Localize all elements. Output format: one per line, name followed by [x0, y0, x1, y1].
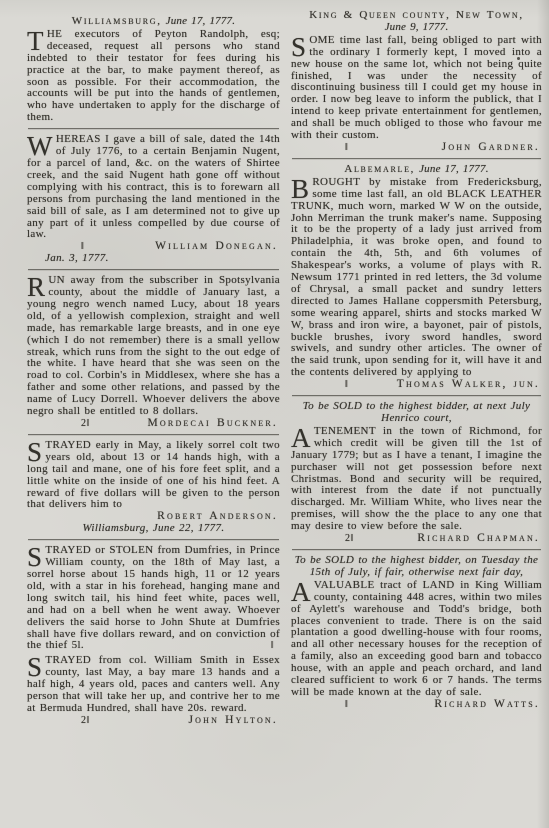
signature: Richard Watts.	[434, 699, 540, 711]
printers-mark: ‖	[345, 379, 348, 391]
notice-randolph-executors: Williamsburg, June 17, 1777. THE executo…	[27, 16, 280, 124]
dateline-date: June 9, 1777.	[291, 22, 542, 34]
dateline-date: June 17, 1777.	[419, 163, 489, 175]
signature-row: 2‖ Mordecai Buckner.	[81, 418, 278, 430]
notice-body: THE executors of Peyton Randolph, esq; d…	[27, 29, 280, 124]
dateline-place: Albemarle,	[344, 163, 415, 175]
signature: Richard Chapman.	[417, 533, 540, 545]
printers-mark: 2‖	[81, 715, 90, 727]
notice-strayed-stolen-dumfries: STRAYED or STOLEN from Dumfries, in Prin…	[27, 545, 280, 652]
section-divider	[28, 434, 279, 435]
notice-footer-date: Williamsburg, June 22, 1777.	[27, 523, 280, 535]
sale-header: To be SOLD to the highest bidder, on Tue…	[291, 555, 542, 579]
notice-body: WHEREAS I gave a bill of sale, dated the…	[27, 134, 280, 241]
notice-body: STRAYED or STOLEN from Dumfries, in Prin…	[27, 545, 280, 652]
section-divider	[28, 128, 279, 129]
printers-mark: 2‖	[345, 533, 354, 545]
section-divider	[28, 269, 279, 270]
notice-body: SOME time last fall, being obliged to pa…	[291, 35, 542, 142]
notice-strayed-sorrel-colt: STRAYED early in May, a likely sorrel co…	[27, 440, 280, 535]
dateline-place: Williamsburg,	[72, 15, 162, 27]
signature: John Gardner.	[442, 142, 540, 154]
notice-footer-date: Jan. 3, 1777.	[45, 253, 280, 265]
notice-black-leather-trunk: Albemarle, June 17, 1777. BROUGHT by mis…	[291, 164, 542, 391]
notice-body: STRAYED from col. William Smith in Essex…	[27, 655, 280, 715]
printers-mark: 2‖	[81, 418, 90, 430]
newspaper-page: { "page": { "paper_color": "#dad9d4", "i…	[0, 0, 549, 828]
section-divider	[292, 158, 541, 159]
signature-row: ‖ Richard Watts.	[345, 699, 540, 711]
notice-body: RUN away from the subscriber in Spotsylv…	[27, 275, 280, 418]
notice-body: STRAYED early in May, a likely sorrel co…	[27, 440, 280, 511]
notice-dateline: King & Queen county, New Town, June 9, 1…	[291, 10, 542, 34]
left-column: Williamsburg, June 17, 1777. THE executo…	[27, 16, 280, 730]
signature: William Donegan.	[155, 241, 278, 253]
notice-dateline: Albemarle, June 17, 1777.	[291, 164, 542, 176]
signature-row: 2‖ John Hylton.	[81, 715, 278, 727]
signature: Mordecai Buckner.	[148, 418, 279, 430]
dateline-date: June 17, 1777.	[166, 15, 236, 27]
signature-row: ‖ Thomas Walker, jun.	[345, 379, 540, 391]
signature-row: 2‖ Richard Chapman.	[345, 533, 540, 545]
notice-gardner-entertainment: King & Queen county, New Town, June 9, 1…	[291, 10, 542, 154]
section-divider	[292, 549, 541, 550]
signature-row: ‖ John Gardner.	[345, 142, 540, 154]
section-divider	[292, 395, 541, 396]
notice-dateline: Williamsburg, June 17, 1777.	[27, 16, 280, 28]
notice-richmond-tenement-sale: To be SOLD to the highest bidder, at nex…	[291, 401, 542, 545]
notice-king-william-land-sale: To be SOLD to the highest bidder, on Tue…	[291, 555, 542, 711]
right-column: King & Queen county, New Town, June 9, 1…	[291, 10, 542, 714]
printers-mark: ‖	[345, 699, 348, 711]
notice-body: A TENEMENT in the town of Richmond, for …	[291, 426, 542, 533]
notice-strayed-bay-mare: STRAYED from col. William Smith in Essex…	[27, 655, 280, 726]
notice-runaway-lucy: RUN away from the subscriber in Spotsylv…	[27, 275, 280, 430]
notice-donegan-bill-of-sale: WHEREAS I gave a bill of sale, dated the…	[27, 134, 280, 265]
section-divider	[28, 539, 279, 540]
signature: John Hylton.	[189, 715, 279, 727]
sale-header: To be SOLD to the highest bidder, at nex…	[291, 401, 542, 425]
notice-body: BROUGHT by mistake from Fredericksburg, …	[291, 177, 542, 379]
printers-mark: ‖	[345, 142, 348, 154]
signature-row: ‖ William Donegan.	[81, 241, 278, 253]
signature: Thomas Walker, jun.	[397, 379, 540, 391]
notice-body: A VALUABLE tract of LAND in King William…	[291, 580, 542, 699]
